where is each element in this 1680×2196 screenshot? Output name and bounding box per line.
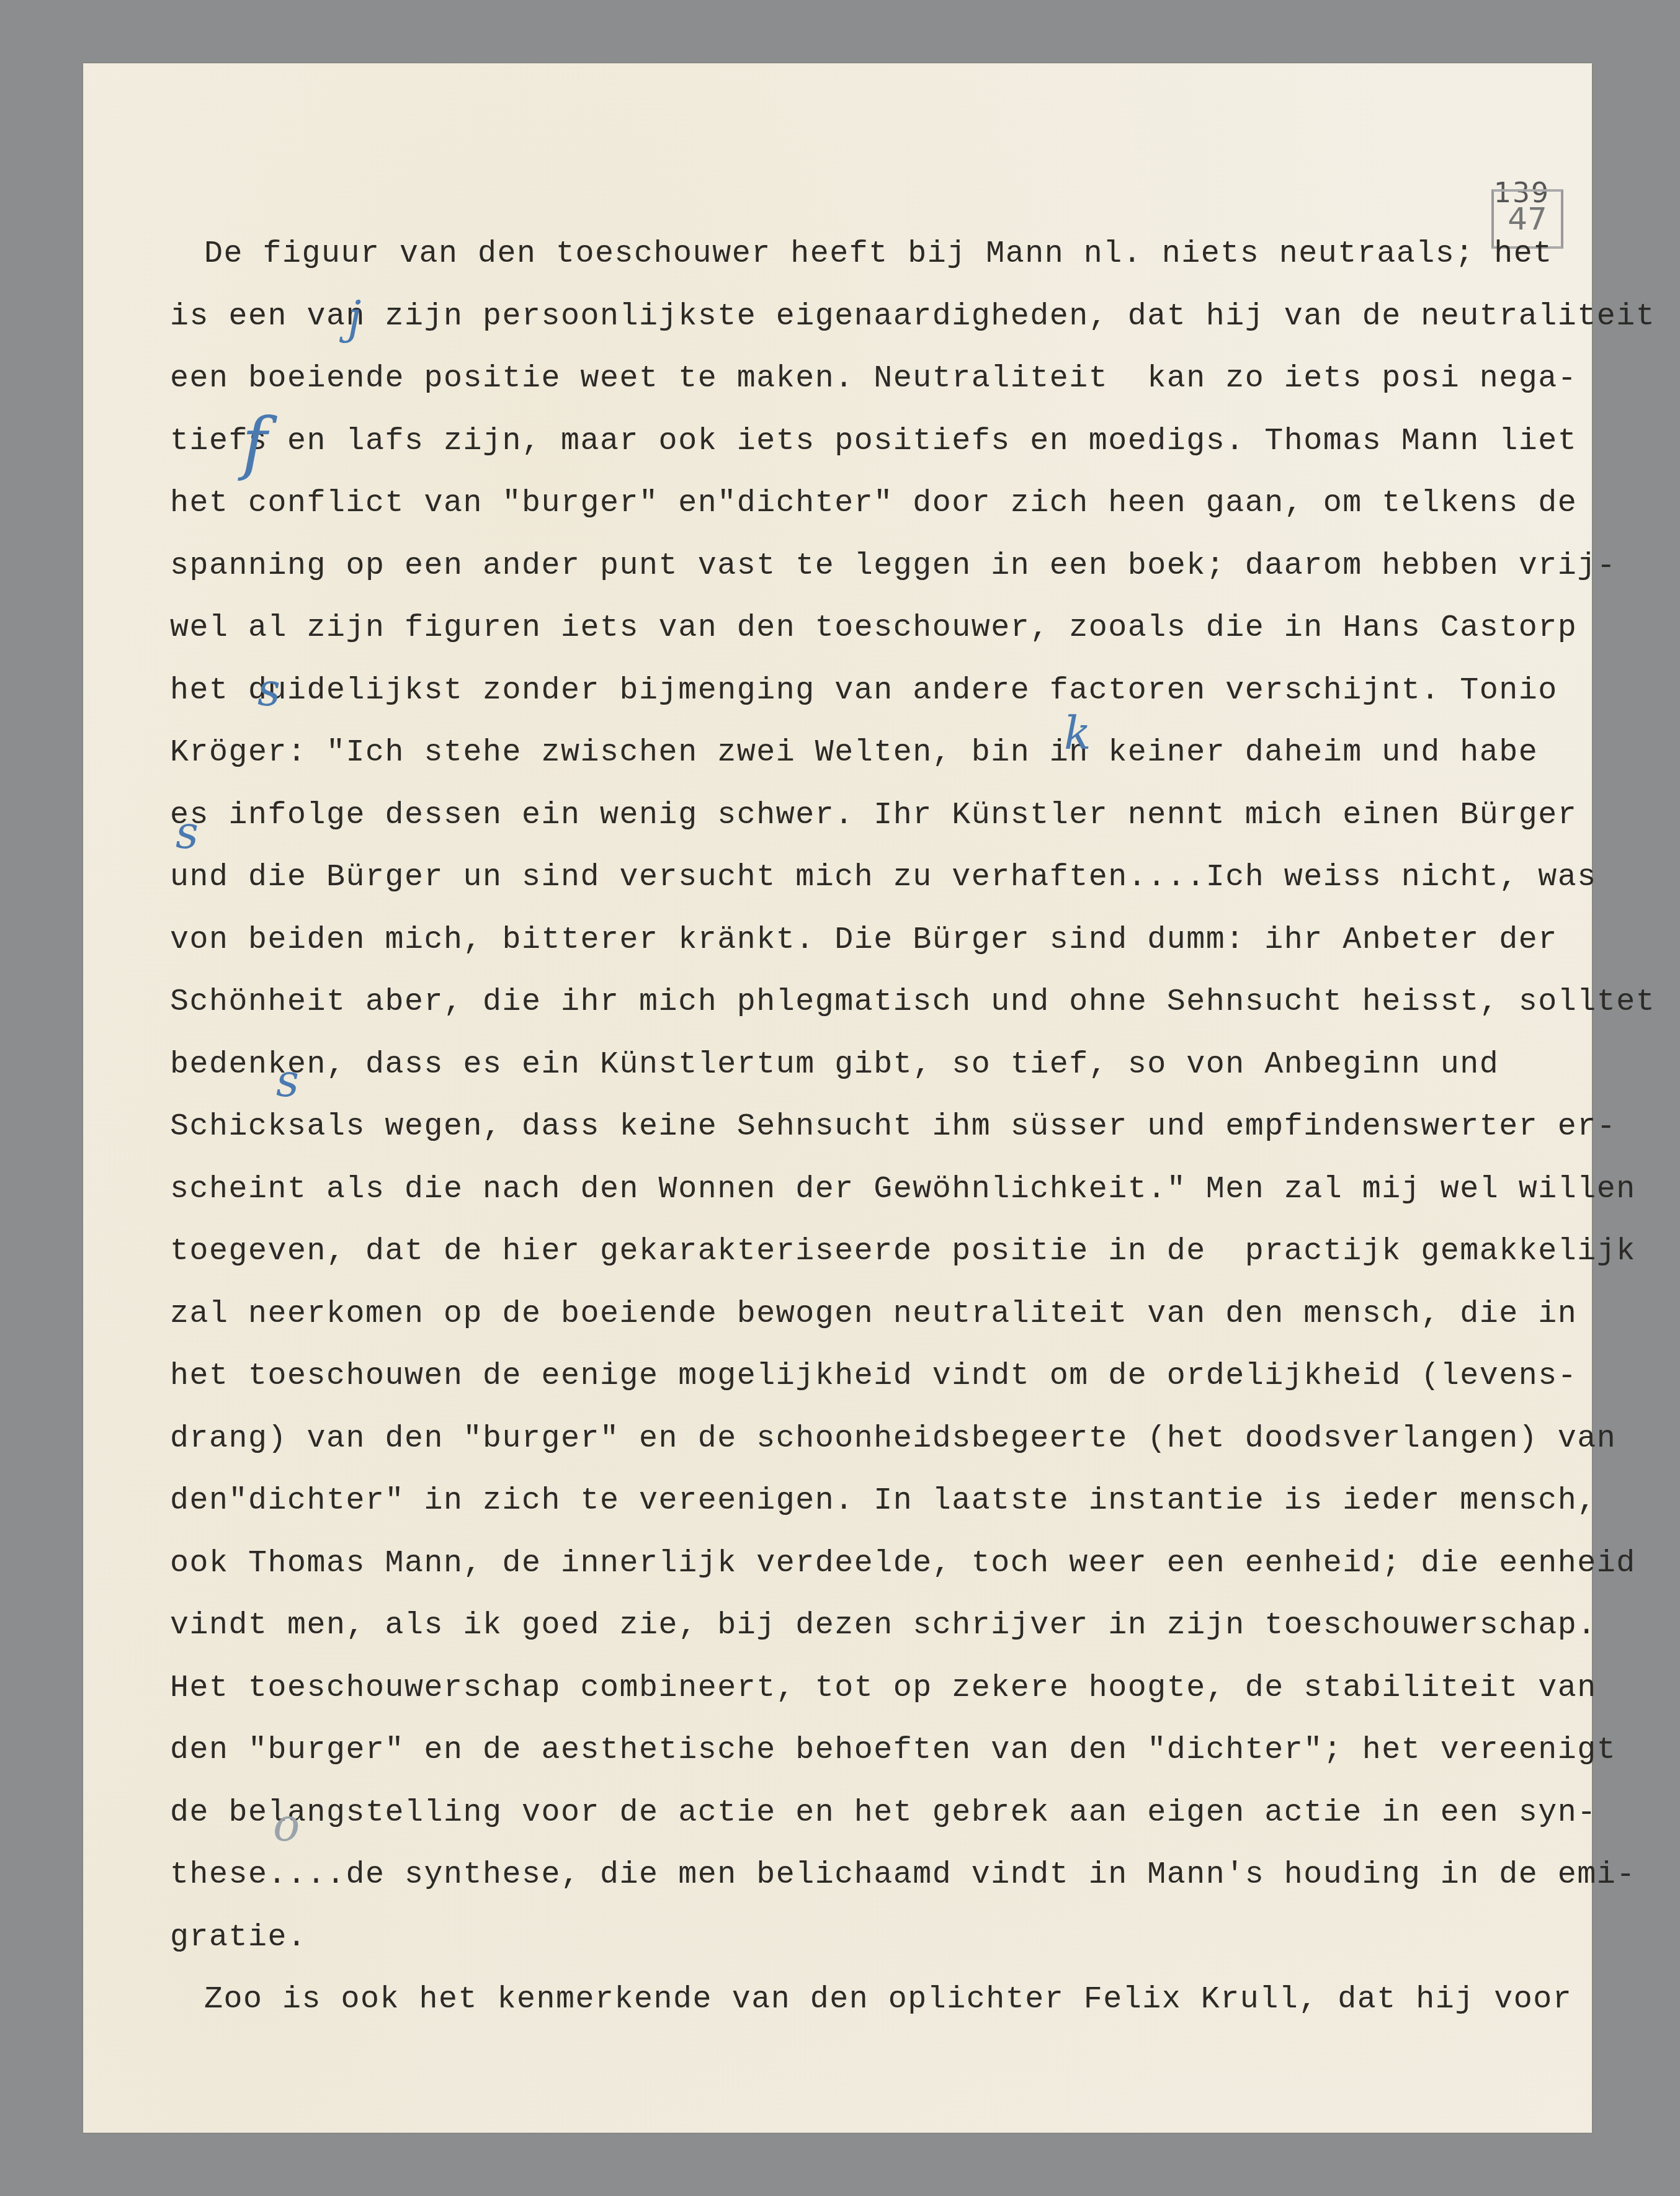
text-line: den"dichter" in zich te vereenigen. In l… bbox=[170, 1483, 1597, 1545]
text-line: scheint als die nach den Wonnen der Gewö… bbox=[170, 1171, 1597, 1234]
typewritten-body: De figuur van den toeschouwer heeft bij … bbox=[170, 236, 1597, 2044]
text-line: bedenken, dass es ein Künstlertum gibt, … bbox=[170, 1047, 1597, 1109]
blue-pencil-mark: k bbox=[1064, 707, 1091, 759]
text-line: Schicksals wegen, dass keine Sehnsucht i… bbox=[170, 1109, 1597, 1171]
text-line: vindt men, als ik goed zie, bij dezen sc… bbox=[170, 1607, 1597, 1670]
archive-number: 47 bbox=[1508, 201, 1547, 237]
blue-pencil-mark: j bbox=[347, 292, 361, 344]
text-line: Kröger: "Ich stehe zwischen zwei Welten,… bbox=[170, 734, 1597, 797]
text-line: Het toeschouwerschap combineert, tot op … bbox=[170, 1670, 1597, 1733]
text-line: Zoo is ook het kenmerkende van den oplic… bbox=[170, 1981, 1597, 2044]
text-line: von beiden mich, bitterer kränkt. Die Bü… bbox=[170, 922, 1597, 984]
text-line: het toeschouwen de eenige mogelijkheid v… bbox=[170, 1358, 1597, 1421]
text-line: den "burger" en de aesthetische behoefte… bbox=[170, 1732, 1597, 1795]
text-line: toegeven, dat de hier gekarakteriseerde … bbox=[170, 1233, 1597, 1296]
text-line: gratie. bbox=[170, 1919, 1597, 1982]
text-line: drang) van den "burger" en de schoonheid… bbox=[170, 1421, 1597, 1483]
text-line: und die Bürger un sind versucht mich zu … bbox=[170, 859, 1597, 922]
blue-pencil-mark: o bbox=[273, 1799, 300, 1851]
text-line: het duidelijkst zonder bijmenging van an… bbox=[170, 672, 1597, 735]
text-line: these....de synthese, die men belichaamd… bbox=[170, 1857, 1597, 1919]
blue-pencil-mark: s bbox=[276, 1055, 299, 1107]
text-line: ook Thomas Mann, de innerlijk verdeelde,… bbox=[170, 1545, 1597, 1608]
blue-pencil-mark: s bbox=[176, 806, 199, 859]
text-line: het conflict van "burger" en"dichter" do… bbox=[170, 485, 1597, 548]
text-line: Schönheit aber, die ihr mich phlegmatisc… bbox=[170, 984, 1597, 1047]
text-line: wel al zijn figuren iets van den toescho… bbox=[170, 610, 1597, 672]
text-line: de belangstelling voor de actie en het g… bbox=[170, 1795, 1597, 1857]
text-line: is een van zijn persoonlijkste eigenaard… bbox=[170, 298, 1597, 361]
text-line: De figuur van den toeschouwer heeft bij … bbox=[170, 236, 1597, 298]
text-line: tiefs en lafs zijn, maar ook iets positi… bbox=[170, 423, 1597, 486]
text-line: spanning op een ander punt vast te legge… bbox=[170, 548, 1597, 610]
text-line: een boeiende positie weet te maken. Neut… bbox=[170, 360, 1597, 423]
text-line: es infolge dessen ein wenig schwer. Ihr … bbox=[170, 797, 1597, 860]
text-line: zal neerkomen op de boeiende bewogen neu… bbox=[170, 1296, 1597, 1359]
blue-pencil-mark: s bbox=[257, 664, 280, 716]
blue-pencil-mark: f bbox=[242, 403, 267, 483]
